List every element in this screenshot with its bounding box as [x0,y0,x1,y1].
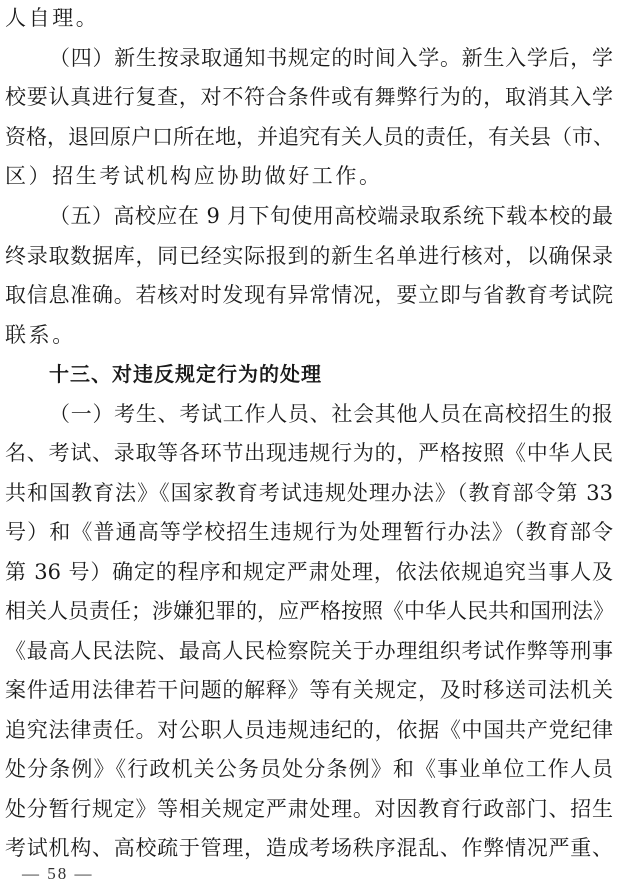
section-13-paragraph-1-line-10: 处分条例》《行政机关公务员处分条例》和《事业单位工作人员 [5,751,613,787]
paragraph-5-line-4: 联系。 [5,317,76,353]
paragraph-4-line-2: 校要认真进行复查，对不符合条件或有舞弊行为的，取消其入学 [5,79,613,115]
section-13-paragraph-1-line-7: 《最高人民法院、最高人民检察院关于办理组织考试作弊等刑事 [5,633,613,669]
paragraph-5-line-2: 终录取数据库，同已经实际报到的新生名单进行核对，以确保录 [5,238,613,274]
section-13-paragraph-1-line-2: 名、考试、录取等各环节出现违规行为的，严格按照《中华人民 [5,435,613,471]
section-13-paragraph-1-line-11: 处分暂行规定》等相关规定严肃处理。对因教育行政部门、招生 [5,791,613,827]
section-13-paragraph-1-line-9: 追究法律责任。对公职人员违规违纪的，依据《中国共产党纪律 [5,712,613,748]
paragraph-4-line-3: 资格，退回原户口所在地，并追究有关人员的责任，有关县（市、 [5,119,613,155]
section-13-paragraph-1-line-8: 案件适用法律若干问题的解释》等有关规定，及时移送司法机关 [5,672,613,708]
section-13-paragraph-1-line-4: 号）和《普通高等学校招生违规行为处理暂行办法》（教育部令 [5,514,613,550]
paragraph-4-line-1: （四）新生按录取通知书规定的时间入学。新生入学后，学 [49,40,613,76]
paragraph-5-line-1: （五）高校应在 9 月下旬使用高校端录取系统下载本校的最 [49,198,613,234]
paragraph-4-line-4: 区）招生考试机构应协助做好工作。 [5,158,383,194]
section-13-paragraph-1-line-5: 第 36 号）确定的程序和规定严肃处理，依法依规追究当事人及 [5,554,613,590]
paragraph-5-line-3: 取信息准确。若核对时发现有异常情况，要立即与省教育考试院 [5,277,613,313]
section-13-paragraph-1-line-3: 共和国教育法》《国家教育考试违规处理办法》（教育部令第 33 [5,475,613,511]
page-number: — 58 — [22,862,94,886]
paragraph-3-tail-line: 人自理。 [5,0,99,36]
section-13-paragraph-1-line-1: （一）考生、考试工作人员、社会其他人员在高校招生的报 [49,396,613,432]
section-13-paragraph-1-line-12: 考试机构、高校疏于管理，造成考场秩序混乱、作弊情况严重、 [5,830,613,866]
section-heading: 十三、对违反规定行为的处理 [49,356,322,392]
section-13-paragraph-1-line-6: 相关人员责任；涉嫌犯罪的，应严格按照《中华人民共和国刑法》 [5,593,613,629]
